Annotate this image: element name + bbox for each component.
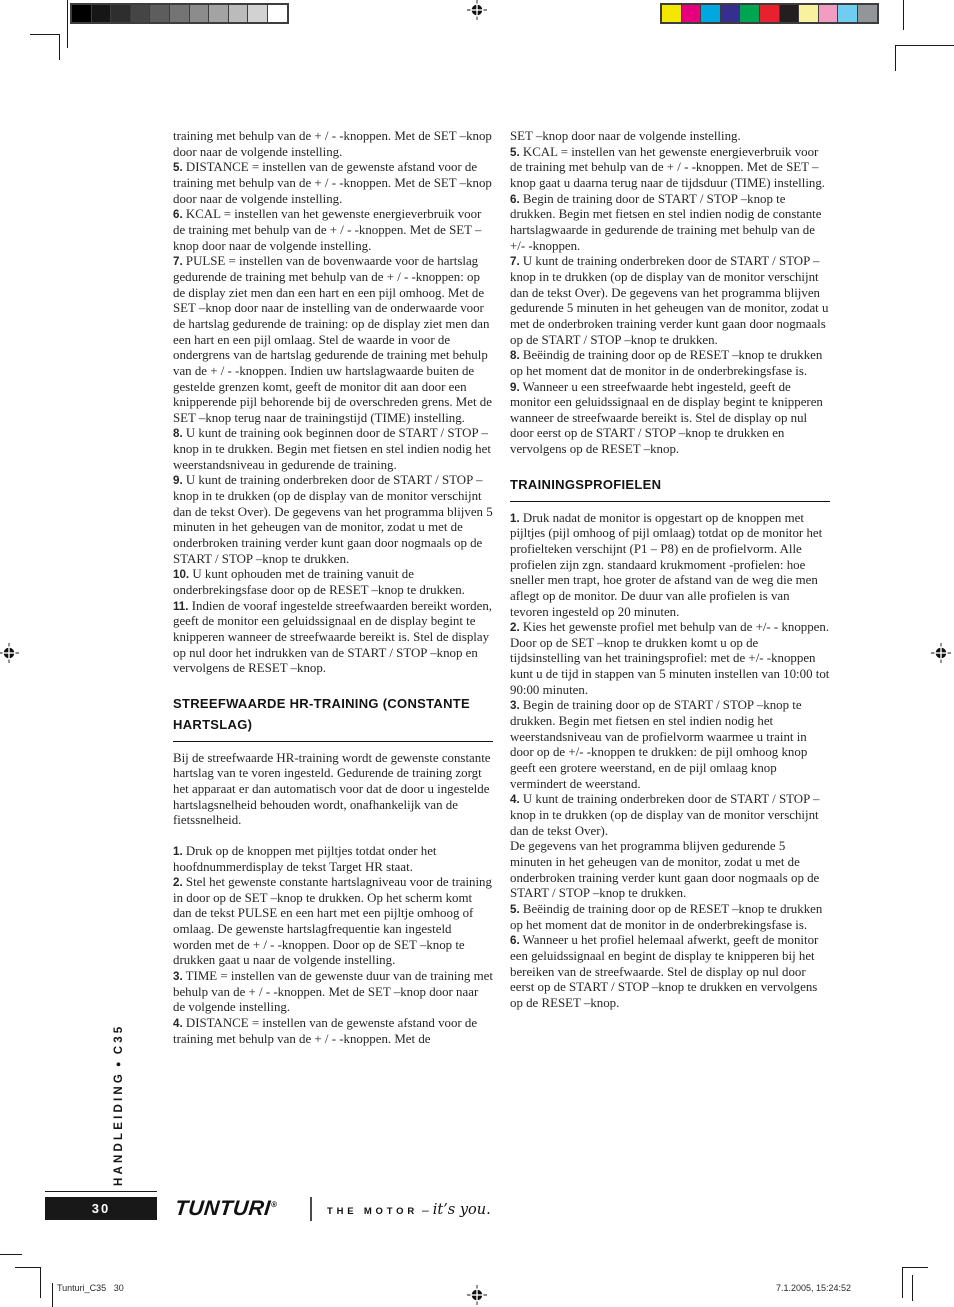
crop-mark xyxy=(895,45,896,71)
manual-page: training met behulp van de + / - -knoppe… xyxy=(0,0,954,1307)
paragraph: 11. Indien de vooraf ingestelde streefwa… xyxy=(173,599,493,677)
section-heading: STREEFWAARDE HR-TRAINING (CONSTANTE HART… xyxy=(173,694,493,742)
tagline-dash: – xyxy=(418,1203,433,1217)
item-number: 11. xyxy=(173,600,188,613)
item-number: 5. xyxy=(510,903,520,916)
crop-mark xyxy=(67,0,68,48)
page-number-badge: 30 xyxy=(45,1197,157,1220)
paragraph: 10. U kunt ophouden met de training vanu… xyxy=(173,567,493,598)
calibration-swatch xyxy=(721,5,741,22)
paragraph: 7. U kunt de training onderbreken door d… xyxy=(510,254,830,348)
item-number: 4. xyxy=(510,793,520,806)
item-number: 7. xyxy=(173,255,183,268)
item-number: 5. xyxy=(510,146,520,159)
crop-mark xyxy=(15,1267,41,1268)
proof-file-info: Tunturi_C35 30 xyxy=(57,1283,124,1293)
registered-trademark-icon: ® xyxy=(271,1200,278,1209)
brand-tagline: THE MOTOR – it’s you. xyxy=(327,1202,491,1218)
paragraph: 1. Druk nadat de monitor is opgestart op… xyxy=(510,511,830,621)
crop-mark xyxy=(40,1267,41,1298)
calibration-swatch xyxy=(190,5,210,22)
crop-mark xyxy=(895,45,954,46)
calibration-swatch xyxy=(662,5,682,22)
crop-mark xyxy=(52,1283,53,1307)
calibration-swatch xyxy=(111,5,131,22)
calibration-swatch xyxy=(92,5,112,22)
paragraph: 5. DISTANCE = instellen van de gewenste … xyxy=(173,160,493,207)
registration-mark-icon xyxy=(467,1285,487,1305)
crop-mark xyxy=(902,1267,903,1298)
paragraph: 2. Kies het gewenste profiel met behulp … xyxy=(510,620,830,698)
sidebar-vertical-label: HANDLEIDING●C35 xyxy=(113,1024,125,1186)
item-number: 6. xyxy=(510,193,520,206)
footer-rule xyxy=(45,1191,157,1192)
item-number: 6. xyxy=(173,208,183,221)
item-number: 1. xyxy=(173,845,183,858)
proof-timestamp: 7.1.2005, 15:24:52 xyxy=(776,1283,851,1293)
page-number: 30 xyxy=(92,1201,110,1216)
registration-mark-icon xyxy=(931,643,951,663)
item-number: 9. xyxy=(173,474,183,487)
calibration-swatch xyxy=(150,5,170,22)
paragraph: 6. KCAL = instellen van het gewenste ene… xyxy=(173,207,493,254)
item-number: 8. xyxy=(173,427,183,440)
calibration-swatch xyxy=(701,5,721,22)
calibration-swatch xyxy=(819,5,839,22)
brand-divider xyxy=(310,1197,312,1221)
bullet-icon: ● xyxy=(113,1054,123,1071)
calibration-swatch xyxy=(72,5,92,22)
registration-mark-icon xyxy=(0,643,19,663)
item-number: 2. xyxy=(173,876,183,889)
crop-mark xyxy=(912,1275,913,1301)
tagline-motor: THE MOTOR xyxy=(327,1206,418,1217)
paragraph: 4. U kunt de training onderbreken door d… xyxy=(510,792,830,839)
item-number: 1. xyxy=(510,512,520,525)
item-number: 2. xyxy=(510,621,520,634)
sidebar-label-text: HANDLEIDING xyxy=(113,1071,125,1186)
brand-wordmark: TUNTURI xyxy=(174,1197,272,1220)
item-number: 7. xyxy=(510,255,520,268)
calibration-swatch xyxy=(760,5,780,22)
tagline-script: it’s you. xyxy=(433,1202,491,1218)
tunturi-logo: TUNTURI® xyxy=(174,1197,278,1221)
paragraph: 7. PULSE = instellen van de bovenwaarde … xyxy=(173,254,493,426)
section-heading: TRAININGSPROFIELEN xyxy=(510,475,830,502)
item-number: 3. xyxy=(173,970,183,983)
crop-mark xyxy=(0,1254,22,1255)
paragraph-gap xyxy=(173,829,493,844)
paragraph: 6. Wanneer u het profiel helemaal afwerk… xyxy=(510,933,830,1011)
paragraph: Bij de streefwaarde HR-training wordt de… xyxy=(173,751,493,829)
calibration-swatch xyxy=(268,5,287,22)
calibration-swatch xyxy=(740,5,760,22)
calibration-swatch xyxy=(780,5,800,22)
paragraph: 9. U kunt de training onderbreken door d… xyxy=(173,473,493,567)
crop-mark xyxy=(903,0,904,30)
paragraph: 3. TIME = instellen van de gewenste duur… xyxy=(173,969,493,1016)
crop-mark xyxy=(59,34,60,60)
paragraph: training met behulp van de + / - -knoppe… xyxy=(173,129,493,160)
paragraph: 9. Wanneer u een streefwaarde hebt inges… xyxy=(510,380,830,458)
calibration-swatch xyxy=(229,5,249,22)
crop-mark xyxy=(30,34,60,35)
item-number: 3. xyxy=(510,699,520,712)
paragraph: SET –knop door naar de volgende instelli… xyxy=(510,129,830,145)
grayscale-calibration-bar xyxy=(70,3,289,24)
paragraph: De gegevens van het programma blijven ge… xyxy=(510,839,830,902)
calibration-swatch xyxy=(858,5,877,22)
paragraph: 8. U kunt de training ook beginnen door … xyxy=(173,426,493,473)
registration-mark-icon xyxy=(467,0,487,20)
paragraph: 1. Druk op de knoppen met pijltjes totda… xyxy=(173,844,493,875)
item-number: 10. xyxy=(173,568,189,581)
paragraph: 2. Stel het gewenste constante hartslagn… xyxy=(173,875,493,969)
sidebar-model-text: C35 xyxy=(113,1024,125,1055)
item-number: 4. xyxy=(173,1017,183,1030)
calibration-swatch xyxy=(682,5,702,22)
calibration-swatch xyxy=(170,5,190,22)
text-column-right: SET –knop door naar de volgende instelli… xyxy=(510,129,830,1012)
paragraph: 5. Beëindig de training door op de RESET… xyxy=(510,902,830,933)
calibration-swatch xyxy=(248,5,268,22)
paragraph: 4. DISTANCE = instellen van de gewenste … xyxy=(173,1016,493,1047)
calibration-swatch xyxy=(131,5,151,22)
calibration-swatch xyxy=(209,5,229,22)
paragraph: 8. Beëindig de training door op de RESET… xyxy=(510,348,830,379)
item-number: 6. xyxy=(510,934,520,947)
crop-mark xyxy=(902,1267,928,1268)
color-calibration-bar xyxy=(660,3,879,24)
item-number: 8. xyxy=(510,349,520,362)
calibration-swatch xyxy=(838,5,858,22)
paragraph: 3. Begin de training door op de START / … xyxy=(510,698,830,792)
text-column-left: training met behulp van de + / - -knoppe… xyxy=(173,129,493,1047)
paragraph: 5. KCAL = instellen van het gewenste ene… xyxy=(510,145,830,192)
item-number: 9. xyxy=(510,381,520,394)
paragraph: 6. Begin de training door de START / STO… xyxy=(510,192,830,255)
calibration-swatch xyxy=(799,5,819,22)
item-number: 5. xyxy=(173,161,183,174)
